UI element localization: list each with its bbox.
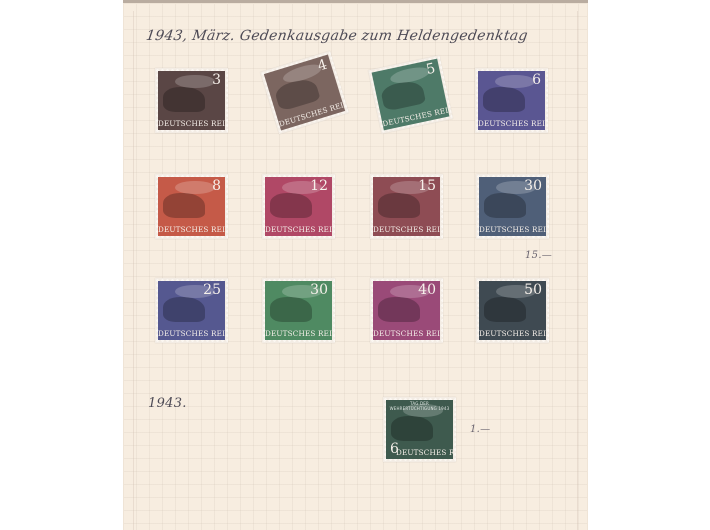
stamp-value: 3: [212, 73, 221, 87]
stamp-caption: DEUTSCHES REICH: [158, 117, 225, 130]
stamp-50[interactable]: 50 DEUTSCHES REICH: [476, 278, 549, 343]
stamp-value: 15: [418, 179, 436, 193]
stamp-40[interactable]: 40 DEUTSCHES REICH: [370, 278, 443, 343]
stamp-art: 30 DEUTSCHES REICH: [265, 281, 332, 340]
stamp-15[interactable]: 15 DEUTSCHES REICH: [370, 174, 443, 239]
stamp-value: 40: [418, 283, 436, 297]
stamp-caption: DEUTSCHES REICH: [479, 327, 546, 340]
price-annotation: 15.—: [525, 250, 552, 261]
stamp-art: 25 DEUTSCHES REICH: [158, 281, 225, 340]
stamp-6[interactable]: 6 DEUTSCHES REICH: [475, 68, 548, 133]
stamp-value: 12: [310, 179, 328, 193]
stamp-25[interactable]: 25 DEUTSCHES REICH: [155, 278, 228, 343]
stamp-caption: DEUTSCHES REICH: [265, 327, 332, 340]
stamp-caption: DEUTSCHES REICH: [373, 327, 440, 340]
youth-with-flag-icon: [386, 400, 453, 446]
stamp-art: 6 DEUTSCHES REICH: [478, 71, 545, 130]
stamp-caption: DEUTSCHES REICH: [265, 223, 332, 236]
stamp-value: 30: [310, 283, 328, 297]
year-label: 1943.: [148, 396, 187, 411]
stamp-12[interactable]: 12 DEUTSCHES REICH: [262, 174, 335, 239]
stamp-caption: DEUTSCHES REICH: [158, 223, 225, 236]
stamp-value: 8: [212, 179, 221, 193]
stamp-caption: DEUTSCHES REICH: [478, 117, 545, 130]
stamp-30-flak[interactable]: 30 DEUTSCHES REICH: [476, 174, 549, 239]
stamp-art: 40 DEUTSCHES REICH: [373, 281, 440, 340]
stamp-value: 50: [524, 283, 542, 297]
stamp-3[interactable]: 3 DEUTSCHES REICH: [155, 68, 228, 133]
stamp-8[interactable]: 8 DEUTSCHES REICH: [155, 174, 228, 239]
stamp-caption: DEUTSCHES REICH: [479, 223, 546, 236]
stamp-art: 8 DEUTSCHES REICH: [158, 177, 225, 236]
stamp-caption: DEUTSCHES REICH: [386, 446, 453, 459]
stamp-6-youth[interactable]: TAG DER WEHRERTÜCHTIGUNG 1943 6 DEUTSCHE…: [383, 397, 456, 462]
stamp-art: 5 DEUTSCHES REICH: [372, 59, 450, 131]
stamp-caption: DEUTSCHES REICH: [373, 223, 440, 236]
stamp-value: 30: [524, 179, 542, 193]
stamp-art: 3 DEUTSCHES REICH: [158, 71, 225, 130]
stamp-value: 6: [532, 73, 541, 87]
stamp-art: 50 DEUTSCHES REICH: [479, 281, 546, 340]
stamp-value: 25: [203, 283, 221, 297]
stamp-art: 30 DEUTSCHES REICH: [479, 177, 546, 236]
page-title: 1943, März. Gedenkausgabe zum Heldengede…: [145, 28, 529, 44]
stamp-art: TAG DER WEHRERTÜCHTIGUNG 1943 6 DEUTSCHE…: [386, 400, 453, 459]
price-annotation: 1.—: [470, 424, 490, 435]
stamp-art: 12 DEUTSCHES REICH: [265, 177, 332, 236]
stamp-art: 15 DEUTSCHES REICH: [373, 177, 440, 236]
stamp-caption: DEUTSCHES REICH: [158, 327, 225, 340]
stamp-30-paratroopers[interactable]: 30 DEUTSCHES REICH: [262, 278, 335, 343]
